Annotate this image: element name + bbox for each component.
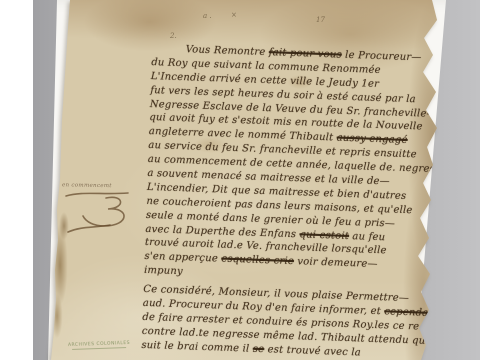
ink-mark: a . <box>203 12 212 20</box>
photo-viewer: Vous Remontre fait pour vous le Procureu… <box>0 0 480 360</box>
manuscript-paper: Vous Remontre fait pour vous le Procureu… <box>0 0 480 360</box>
ink-flourish-icon <box>62 190 142 238</box>
archival-stamp: ARCHIVES COLONIALES <box>64 341 134 350</box>
paper-shadow: Vous Remontre fait pour vous le Procureu… <box>0 0 480 360</box>
ink-mark: 17 <box>316 16 325 24</box>
ink-mark: 2. <box>170 32 177 40</box>
margin-note: en commencemt <box>62 182 142 189</box>
ink-mark: × <box>231 11 237 19</box>
manuscript-text: Vous Remontre fait pour vous le Procureu… <box>141 42 452 360</box>
